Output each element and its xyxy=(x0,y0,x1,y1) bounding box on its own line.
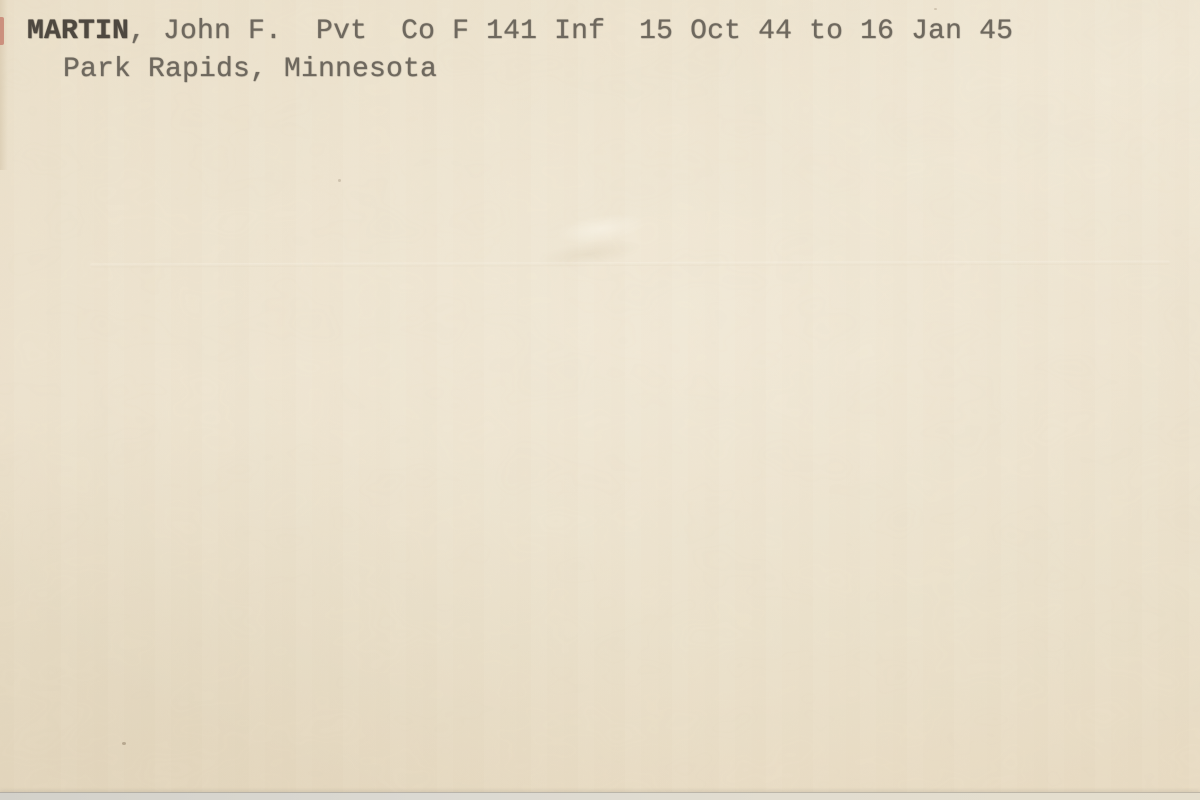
card-edge-mark xyxy=(0,17,4,45)
paper-texture xyxy=(0,0,1200,800)
typed-line-1: MARTIN, John F. Pvt Co F 141 Inf 15 Oct … xyxy=(27,18,1013,46)
index-card: MARTIN, John F. Pvt Co F 141 Inf 15 Oct … xyxy=(0,0,1200,800)
surname-text: MARTIN xyxy=(27,16,129,47)
line1-rest-text: , John F. Pvt Co F 141 Inf 15 Oct 44 to … xyxy=(129,16,1013,47)
card-bottom-edge xyxy=(0,792,1200,800)
typed-line-2: Park Rapids, Minnesota xyxy=(63,56,437,84)
